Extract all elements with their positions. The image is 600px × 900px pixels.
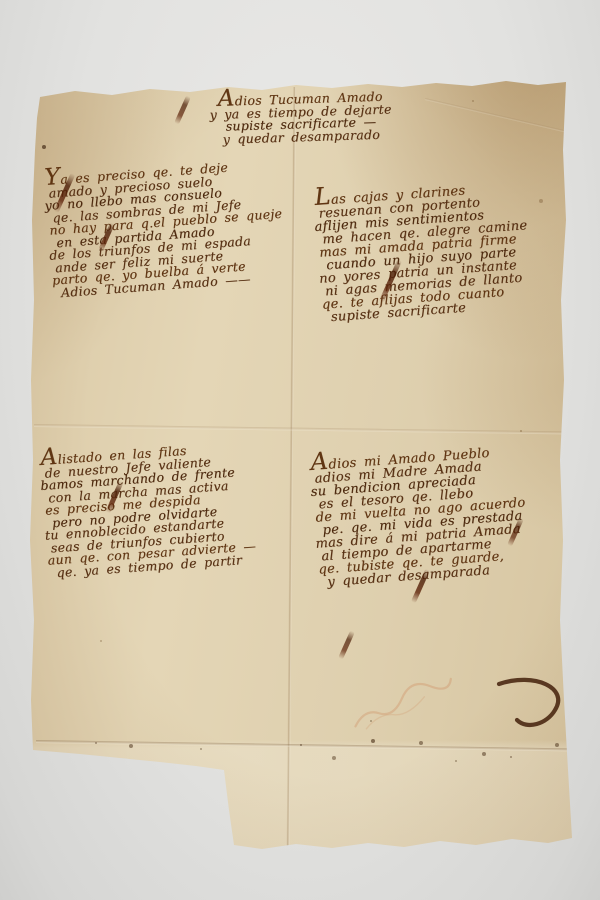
heading-verse: Adios Tucuman Amadoy ya es tiempo de dej…: [150, 85, 451, 144]
left-column-stanza-1: Ya es preciso qe. te dejeamado y precios…: [44, 153, 287, 295]
heavy-ink-stroke: [338, 630, 355, 659]
manuscript-paper: Adios Tucuman Amadoy ya es tiempo de dej…: [0, 0, 600, 900]
foxing-spots: [0, 0, 2, 2]
manuscript-photo: Adios Tucuman Amadoy ya es tiempo de dej…: [0, 0, 600, 900]
horizontal-fold-crease-middle: [34, 424, 564, 434]
left-column-stanza-2: Alistado en las filasde nuestro Jefe val…: [40, 435, 257, 574]
vertical-fold-crease: [286, 87, 296, 846]
horizontal-fold-crease-lower: [36, 740, 569, 751]
right-column-stanza-1: Las cajas y clarinesresuenan con portent…: [314, 175, 533, 319]
right-column-stanza-2: Adios mi Amado Puebloadios mi Madre Amad…: [310, 440, 530, 585]
ink-flourish-swash: [495, 672, 577, 746]
faint-red-mark: [345, 673, 463, 739]
